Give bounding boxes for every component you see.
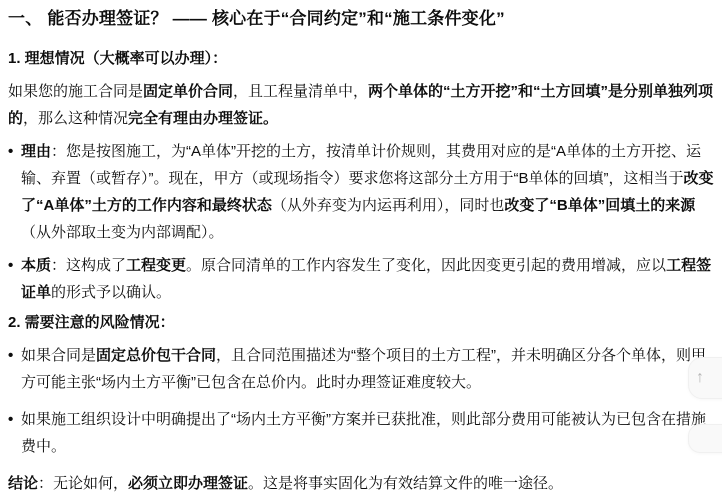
list-item-reason: • 理由：您是按图施工，为“A单体”开挖的土方，按清单计价规则，其费用对应的是“… — [8, 138, 714, 246]
text-run: （从外弃变为内运再利用），同时也 — [272, 197, 505, 214]
text-run: ，且工程量清单中， — [233, 83, 368, 100]
up-arrow-icon: ↑ — [696, 370, 704, 386]
answer-document: 一、 能否办理签证？ —— 核心在于“合同约定”和“施工条件变化” 1. 理想情… — [0, 0, 722, 497]
ideal-case-list: • 理由：您是按图施工，为“A单体”开挖的土方，按清单计价规则，其费用对应的是“… — [8, 138, 714, 306]
bullet-icon: • — [8, 406, 20, 433]
bold-text-run: 理由 — [21, 143, 51, 160]
scroll-button-partial[interactable] — [688, 424, 722, 453]
subsection-heading-ideal-case: 1. 理想情况（大概率可以办理）： — [8, 48, 714, 70]
text-run: 如果合同是 — [21, 347, 96, 364]
list-item-essence: • 本质：这构成了工程变更。原合同清单的工作内容发生了变化，因此因变更引起的费用… — [8, 252, 714, 306]
text-run: 。原合同清单的工作内容发生了变化，因此因变更引起的费用增减，应以 — [186, 257, 666, 274]
list-item-text: 本质：这构成了工程变更。原合同清单的工作内容发生了变化，因此因变更引起的费用增减… — [21, 257, 711, 301]
bullet-icon: • — [8, 252, 20, 279]
section-title: 一、 能否办理签证？ —— 核心在于“合同约定”和“施工条件变化” — [8, 6, 714, 32]
bold-text-run: 固定总价包干合同 — [96, 347, 216, 364]
text-run: ：您是按图施工，为“A单体”开挖的土方，按清单计价规则，其费用对应的是“A单体的… — [21, 143, 701, 187]
bullet-icon: • — [8, 342, 20, 369]
bold-text-run: 结论 — [8, 475, 38, 492]
text-run: 。这是将事实固化为有效结算文件的唯一途径。 — [248, 475, 563, 492]
subsection-heading-risk-case: 2. 需要注意的风险情况： — [8, 312, 714, 334]
list-item-text: 如果施工组织设计中明确提出了“场内土方平衡”方案并已获批准，则此部分费用可能被认… — [21, 411, 706, 455]
list-item-text: 如果合同是固定总价包干合同，且合同范围描述为“整个项目的土方工程”，并未明确区分… — [21, 347, 706, 391]
ideal-case-paragraph: 如果您的施工合同是固定单价合同，且工程量清单中，两个单体的“土方开挖”和“土方回… — [8, 78, 714, 132]
bold-text-run: 完全有理由办理签证。 — [128, 110, 278, 127]
risk-case-list: • 如果合同是固定总价包干合同，且合同范围描述为“整个项目的土方工程”，并未明确… — [8, 342, 714, 460]
text-run: 的形式予以确认。 — [51, 284, 171, 301]
text-run: 如果您的施工合同是 — [8, 83, 143, 100]
text-run: 如果施工组织设计中明确提出了“场内土方平衡”方案并已获批准，则此部分费用可能被认… — [21, 411, 706, 455]
list-item-risk-earthwork-balance: • 如果施工组织设计中明确提出了“场内土方平衡”方案并已获批准，则此部分费用可能… — [8, 406, 714, 460]
text-run: （从外部取土变为内部调配）。 — [21, 224, 224, 241]
list-item-risk-lump-sum: • 如果合同是固定总价包干合同，且合同范围描述为“整个项目的土方工程”，并未明确… — [8, 342, 714, 396]
scroll-to-top-button[interactable]: ↑ — [688, 357, 722, 399]
bold-text-run: 工程变更 — [126, 257, 186, 274]
text-run: ：无论如何， — [38, 475, 128, 492]
list-item-text: 理由：您是按图施工，为“A单体”开挖的土方，按清单计价规则，其费用对应的是“A单… — [21, 143, 714, 241]
text-run: ，那么这种情况 — [23, 110, 128, 127]
bold-text-run: 固定单价合同 — [143, 83, 233, 100]
bold-text-run: 本质 — [21, 257, 51, 274]
bullet-icon: • — [8, 138, 20, 165]
text-run: ：这构成了 — [51, 257, 126, 274]
bold-text-run: 改变了“B单体”回填土的来源 — [504, 197, 695, 214]
bold-text-run: 必须立即办理签证 — [128, 475, 248, 492]
conclusion-paragraph: 结论：无论如何，必须立即办理签证。这是将事实固化为有效结算文件的唯一途径。 — [8, 470, 714, 497]
